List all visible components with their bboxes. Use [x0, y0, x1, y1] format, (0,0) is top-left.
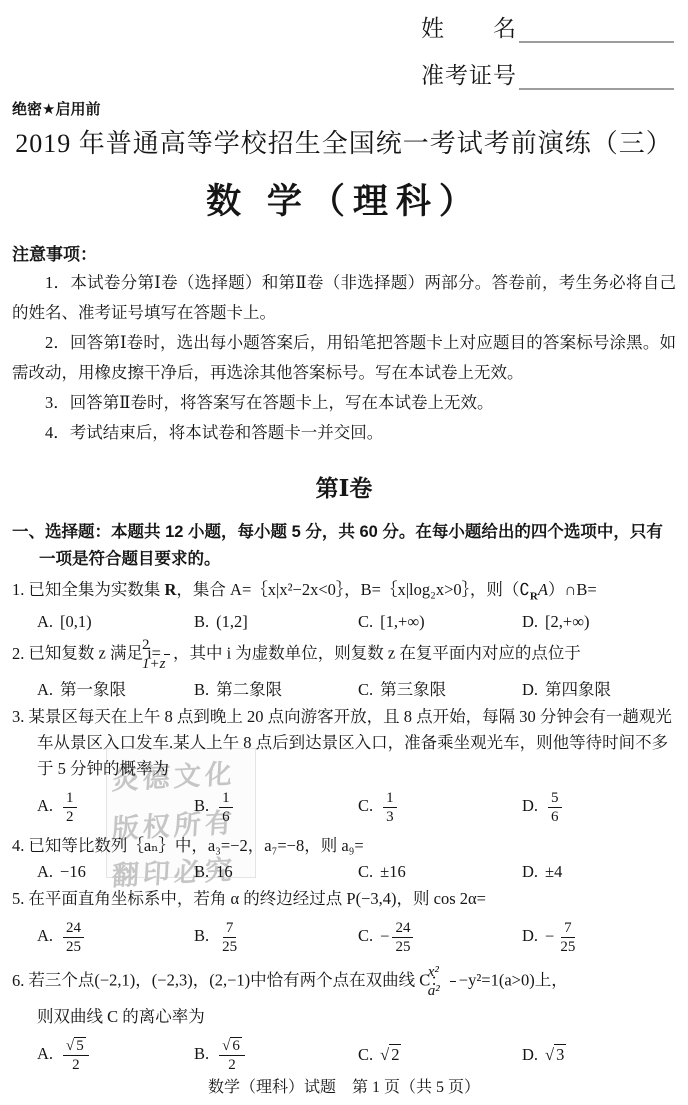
question-1-options: A.[0,1) B.(1,2] C.[1,+∞) D.[2,+∞)	[37, 612, 676, 632]
subject-title: 数 学（理科）	[12, 174, 676, 224]
notices-title: 注意事项：	[12, 240, 676, 265]
fraction: 2425	[63, 919, 84, 956]
option-d: D.56	[522, 789, 676, 826]
option-c: C.13	[358, 789, 522, 826]
name-underline	[519, 13, 674, 43]
option-d: D.√3	[522, 1045, 676, 1065]
question-number: 6.	[12, 971, 24, 990]
question-number: 3.	[12, 707, 24, 726]
section-instruction: 一、选择题：本题共 12 小题，每小题 5 分，共 60 分。在每小题给出的四个…	[12, 519, 676, 573]
page-footer: 数学（理科）试题 第 1 页（共 5 页）	[0, 1074, 688, 1097]
question-number: 5.	[12, 889, 24, 908]
option-b: B.16	[194, 789, 358, 826]
fraction: 725	[219, 919, 240, 956]
exam-title: 2019 年普通高等学校招生全国统一考试考前演练（三）	[12, 123, 676, 160]
question-3-text: 3.某景区每天在上午 8 点到晚上 20 点向游客开放，且 8 点开始，每隔 3…	[12, 704, 676, 782]
fraction: 13	[383, 789, 397, 826]
option-c: C.√2	[358, 1045, 522, 1065]
option-b: B.(1,2]	[194, 612, 358, 632]
exam-no-underline	[519, 60, 674, 90]
fraction: 2425	[392, 919, 413, 956]
fraction: 16	[219, 789, 233, 826]
option-d: D.±4	[522, 862, 676, 882]
notice-item-3: 3．回答第Ⅱ卷时，将答案写在答题卡上，写在本试卷上无效。	[12, 388, 676, 418]
option-a: A.√52	[37, 1037, 194, 1074]
complement-subscript: R	[530, 590, 538, 602]
question-number: 4.	[12, 836, 24, 855]
fraction: 56	[548, 789, 562, 826]
question-6-text: 6.若三个点(−2,1)，(−2,3)，(2,−1)中恰有两个点在双曲线 C：x…	[12, 963, 676, 1000]
part1-title: 第Ⅰ卷	[12, 470, 676, 503]
exam-no-field-row: 准考证号	[421, 57, 674, 90]
option-c: C.±16	[358, 862, 522, 882]
question-2-options: A.第一象限 B.第二象限 C.第三象限 D.第四象限	[37, 676, 676, 700]
question-number: 1.	[12, 580, 24, 599]
question-4-text: 4.已知等比数列｛aₙ｝中，a₃=−2，a₇=−8，则 a₉=	[12, 833, 676, 859]
option-b: B.√62	[194, 1037, 358, 1074]
exam-no-label: 准考证号	[421, 57, 517, 90]
question-1-text: 1.已知全集为实数集 R，集合 A=｛x|x²−2x<0｝，B=｛x|log₂x…	[12, 577, 676, 609]
radical-sign: √	[545, 1045, 554, 1064]
question-6-options: A.√52 B.√62 C.√2 D.√3	[37, 1033, 676, 1077]
radical-sign: √	[380, 1045, 389, 1064]
question-5-options: A.2425 B.725 C.−2425 D.−725	[37, 915, 676, 959]
notice-item-4: 4．考试结束后，将本试卷和答题卡一并交回。	[12, 418, 676, 448]
option-c: C.[1,+∞)	[358, 612, 522, 632]
fraction: x²a²	[450, 963, 456, 1000]
fraction: √62	[219, 1037, 245, 1074]
question-5-text: 5.在平面直角坐标系中，若角 α 的终边经过点 P(−3,4)，则 cos 2α…	[12, 886, 676, 912]
name-label: 姓 名	[421, 10, 517, 43]
option-b: B.16	[194, 862, 358, 882]
paper-content: 绝密★启用前 2019 年普通高等学校招生全国统一考试考前演练（三） 数 学（理…	[0, 0, 688, 1077]
fraction: 21+z	[164, 636, 170, 673]
question-3-options: A.12 B.16 C.13 D.56	[37, 785, 676, 829]
question-6-text-line2: 则双曲线 C 的离心率为	[12, 1004, 676, 1030]
fraction: 12	[63, 789, 77, 826]
option-a: A.第一象限	[37, 676, 194, 700]
name-field-row: 姓 名	[421, 10, 674, 43]
option-a: A.12	[37, 789, 194, 826]
option-b: B.725	[194, 919, 358, 956]
fraction: √52	[63, 1037, 89, 1074]
option-a: A.2425	[37, 919, 194, 956]
option-c: C.−2425	[358, 919, 522, 956]
question-4-options: A.−16 B.16 C.±16 D.±4	[37, 862, 676, 882]
question-2-text: 2.已知复数 z 满足 i=21+z，其中 i 为虚数单位，则复数 z 在复平面…	[12, 636, 676, 673]
option-d: D.[2,+∞)	[522, 612, 676, 632]
option-a: A.[0,1)	[37, 612, 194, 632]
option-a: A.−16	[37, 862, 194, 882]
notice-item-2: 2．回答第Ⅰ卷时，选出每小题答案后，用铅笔把答题卡上对应题目的答案标号涂黑。如需…	[12, 328, 676, 388]
option-d: D.−725	[522, 919, 676, 956]
option-d: D.第四象限	[522, 676, 676, 700]
candidate-id-fields: 姓 名 准考证号	[421, 10, 674, 104]
option-c: C.第三象限	[358, 676, 522, 700]
option-b: B.第二象限	[194, 676, 358, 700]
exam-paper-page: 姓 名 准考证号 炎德文化 版权所有 翻印必究 绝密★启用前 2019 年普通高…	[0, 0, 688, 1105]
notice-item-1: 1．本试卷分第Ⅰ卷（选择题）和第Ⅱ卷（非选择题）两部分。答卷前，考生务必将自己的…	[12, 268, 676, 328]
question-number: 2.	[12, 644, 24, 663]
fraction: 725	[557, 919, 578, 956]
bold-R-symbol: R	[165, 580, 177, 599]
